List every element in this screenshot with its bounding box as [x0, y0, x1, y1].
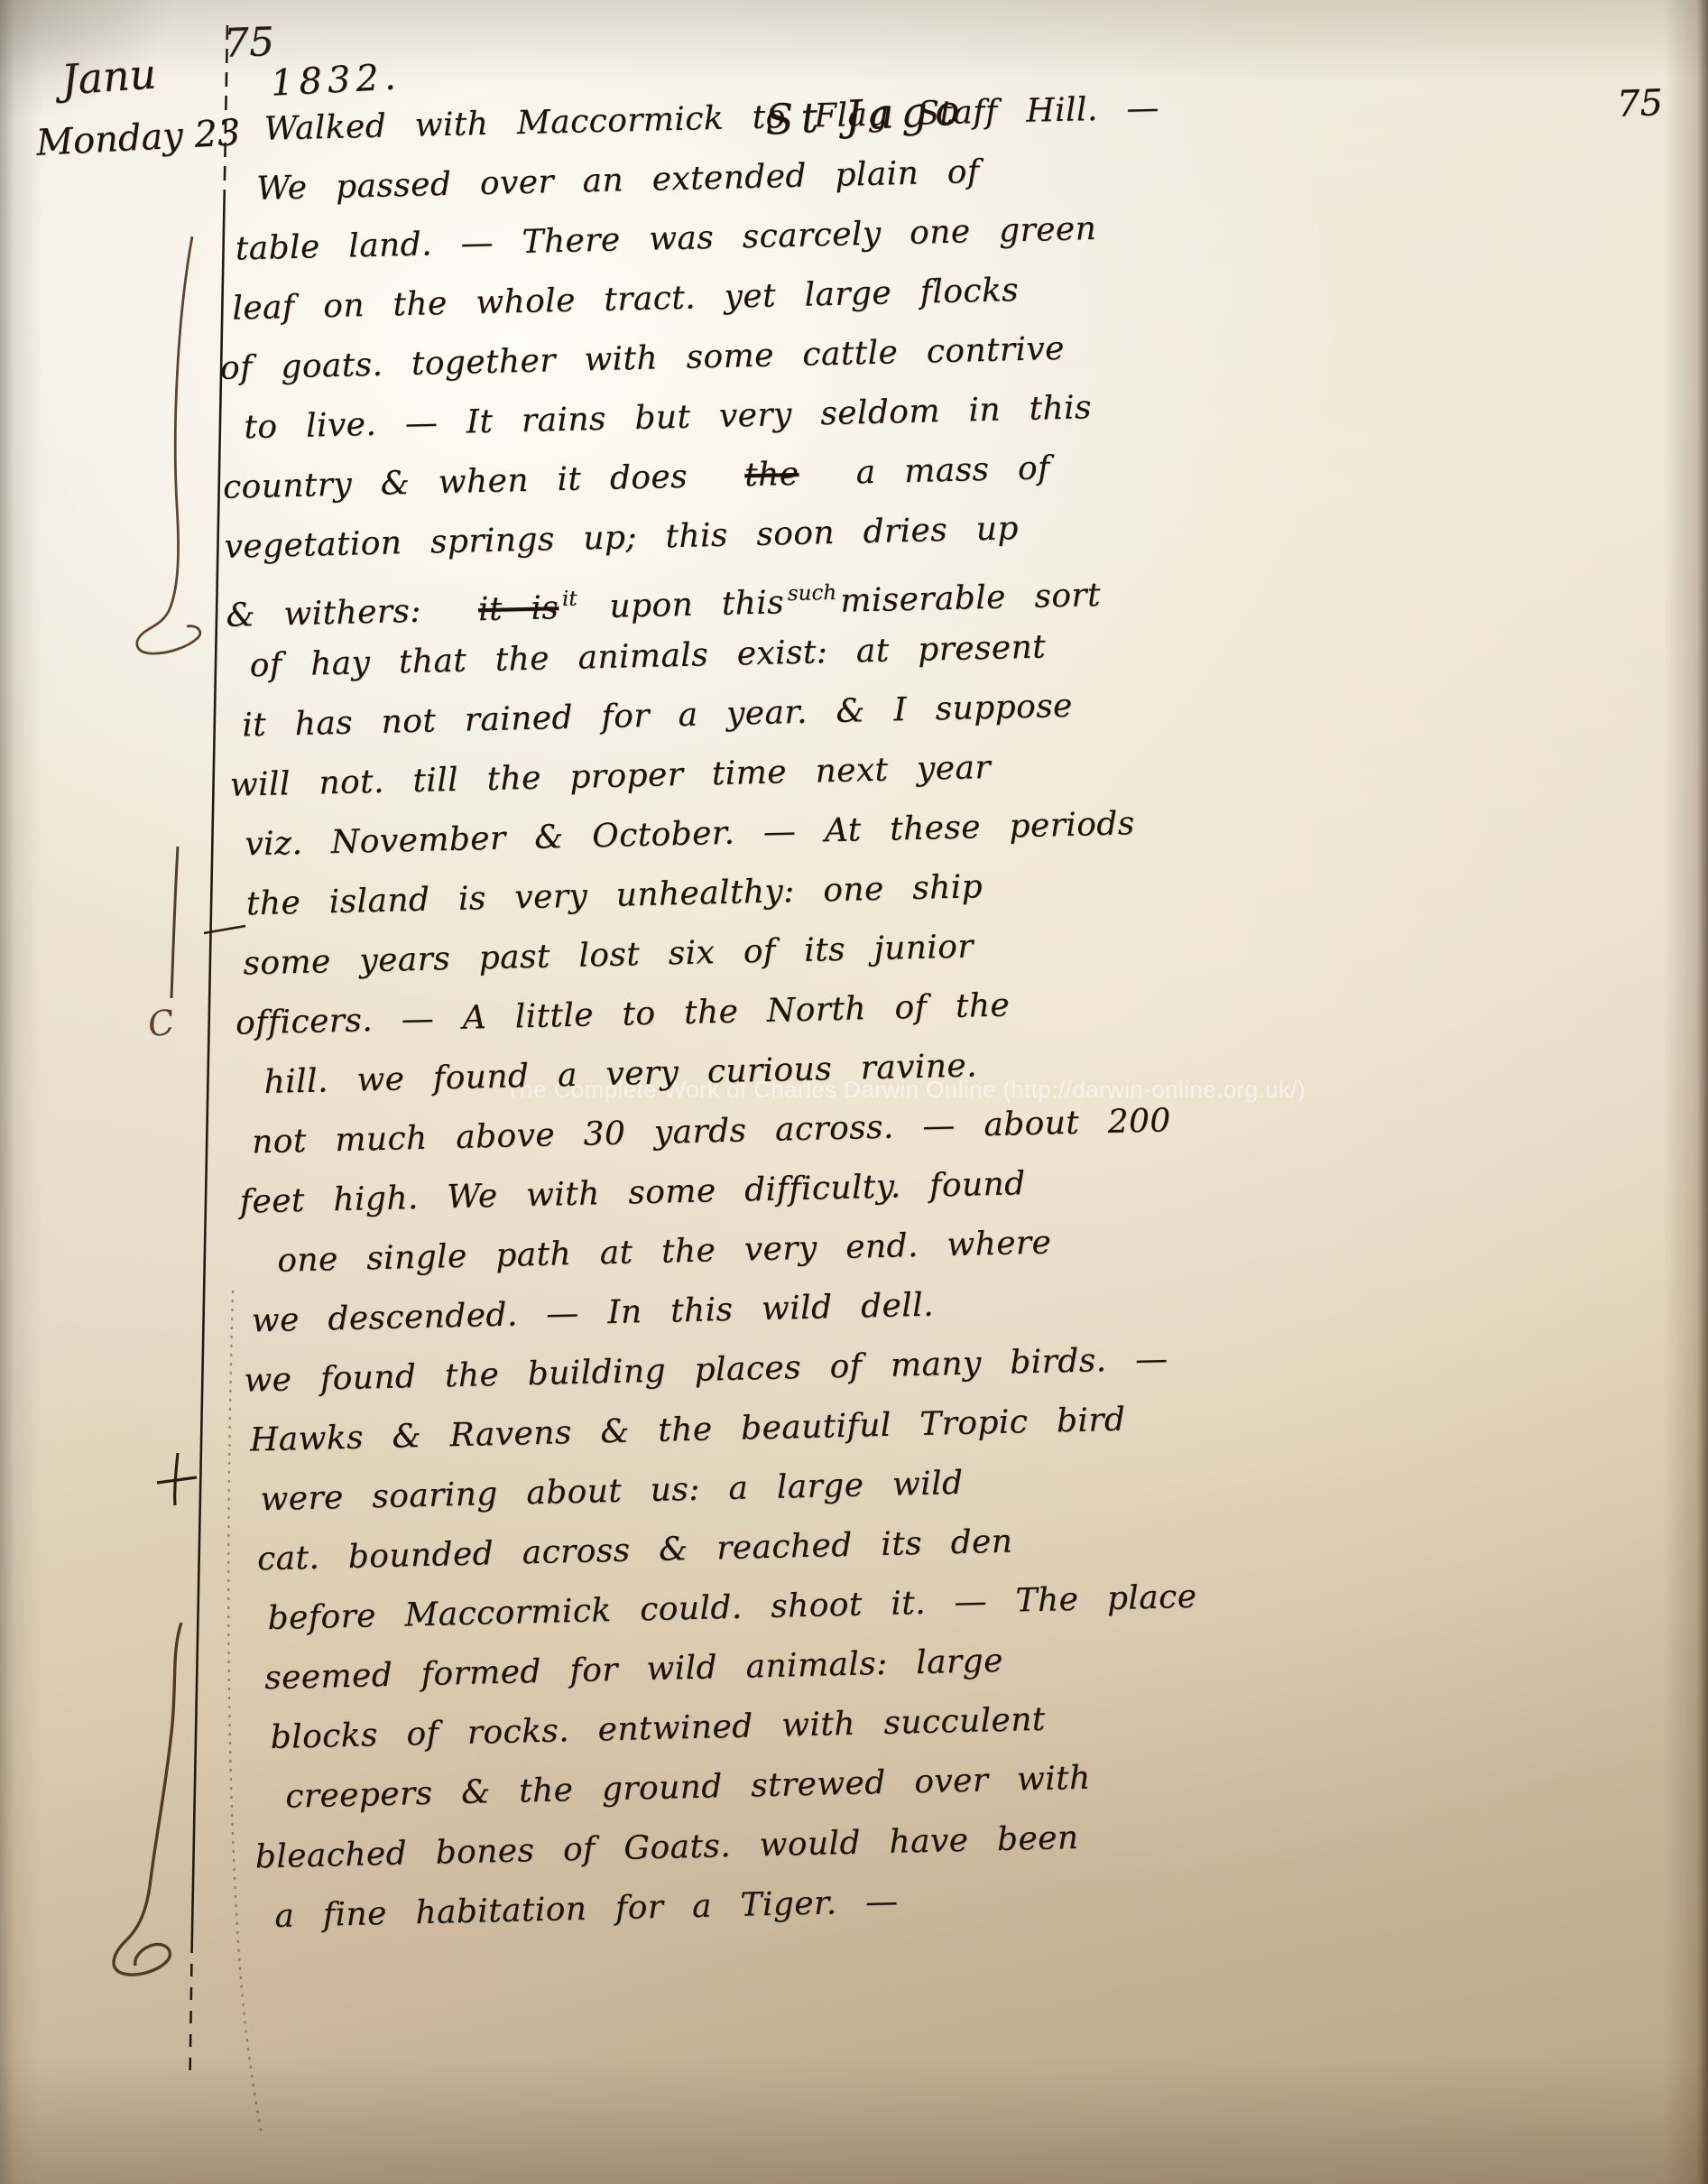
correction-before: & withers:: [226, 593, 421, 634]
struck-word: the: [744, 456, 799, 494]
page-number-left: 75: [223, 19, 275, 67]
inserted-word: it: [562, 588, 577, 611]
correction-before: country & when it does: [223, 458, 688, 506]
correction-after: a mass of: [855, 449, 1050, 491]
manuscript-photo-page: { "page": { "paper_color": "#ece3d0", "i…: [0, 0, 1708, 2184]
margin-month-label: Janu: [60, 49, 158, 104]
manuscript-body: Walked with Maccormick to Flag Staff Hil…: [214, 68, 1678, 1948]
inserted-word: such: [787, 581, 836, 606]
margin-c-mark: C: [145, 1002, 177, 1045]
correction-middle: upon this: [609, 584, 784, 625]
struck-words: it is: [478, 589, 559, 628]
correction-after: miserable sort: [840, 577, 1102, 620]
